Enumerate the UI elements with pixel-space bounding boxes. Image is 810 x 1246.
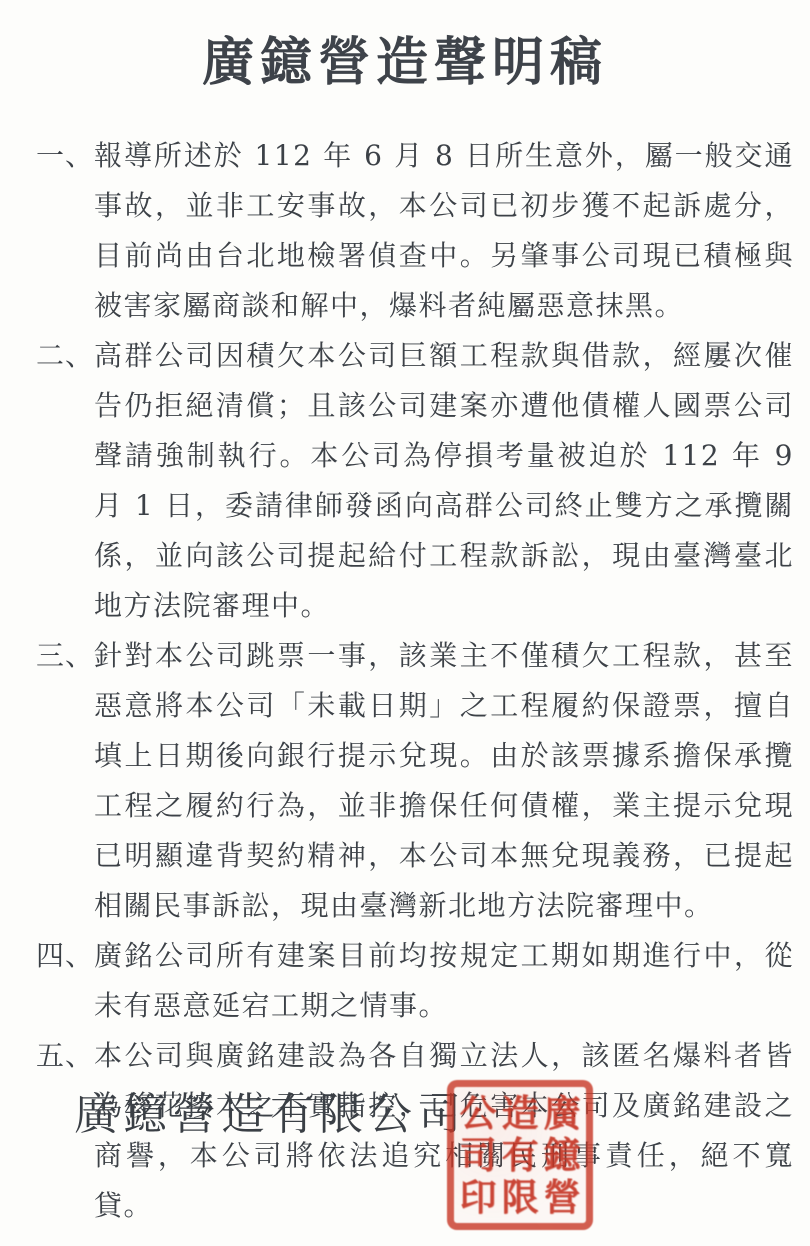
item-number: 三、: [36, 631, 94, 931]
document-title: 廣鐿營造聲明稿: [0, 0, 810, 95]
statement-item-2: 二、 高群公司因積欠本公司巨額工程款與借款，經屢次催告仍拒絕清償；且該公司建案亦…: [36, 331, 794, 631]
company-signature: 廣鐿營造有限公司: [74, 1078, 466, 1142]
seal-character: 印: [460, 1176, 497, 1218]
seal-character: 鐿: [544, 1134, 581, 1176]
item-text: 廣銘公司所有建案目前均按規定工期如期進行中，從未有惡意延宕工期之情事。: [94, 931, 794, 1031]
item-number: 四、: [36, 931, 94, 1031]
seal-column-right: 廣 鐿 營: [544, 1092, 581, 1218]
statement-document: 廣鐿營造聲明稿 一、 報導所述於 112 年 6 月 8 日所生意外，屬一般交通…: [0, 0, 810, 1246]
statement-item-3: 三、 針對本公司跳票一事，該業主不僅積欠工程款，甚至惡意將本公司「未載日期」之工…: [36, 631, 794, 931]
company-seal-stamp: 廣 鐿 營 造 有 限 公 司 印: [447, 1080, 593, 1230]
statement-item-1: 一、 報導所述於 112 年 6 月 8 日所生意外，屬一般交通事故，並非工安事…: [36, 131, 794, 331]
item-text: 高群公司因積欠本公司巨額工程款與借款，經屢次催告仍拒絕清償；且該公司建案亦遭他債…: [94, 331, 794, 631]
seal-character: 限: [502, 1176, 539, 1218]
item-text: 報導所述於 112 年 6 月 8 日所生意外，屬一般交通事故，並非工安事故，本…: [94, 131, 794, 331]
seal-column-middle: 造 有 限: [502, 1092, 539, 1218]
seal-character: 司: [460, 1134, 497, 1176]
seal-character: 有: [502, 1134, 539, 1176]
seal-character: 營: [544, 1176, 581, 1218]
seal-character: 造: [502, 1092, 539, 1134]
statement-items: 一、 報導所述於 112 年 6 月 8 日所生意外，屬一般交通事故，並非工安事…: [36, 131, 794, 1231]
seal-character: 廣: [544, 1092, 581, 1134]
statement-item-4: 四、 廣銘公司所有建案目前均按規定工期如期進行中，從未有惡意延宕工期之情事。: [36, 931, 794, 1031]
item-text: 針對本公司跳票一事，該業主不僅積欠工程款，甚至惡意將本公司「未載日期」之工程履約…: [94, 631, 794, 931]
item-number: 一、: [36, 131, 94, 331]
seal-column-left: 公 司 印: [460, 1092, 497, 1218]
item-number: 二、: [36, 331, 94, 631]
seal-character: 公: [460, 1092, 497, 1134]
